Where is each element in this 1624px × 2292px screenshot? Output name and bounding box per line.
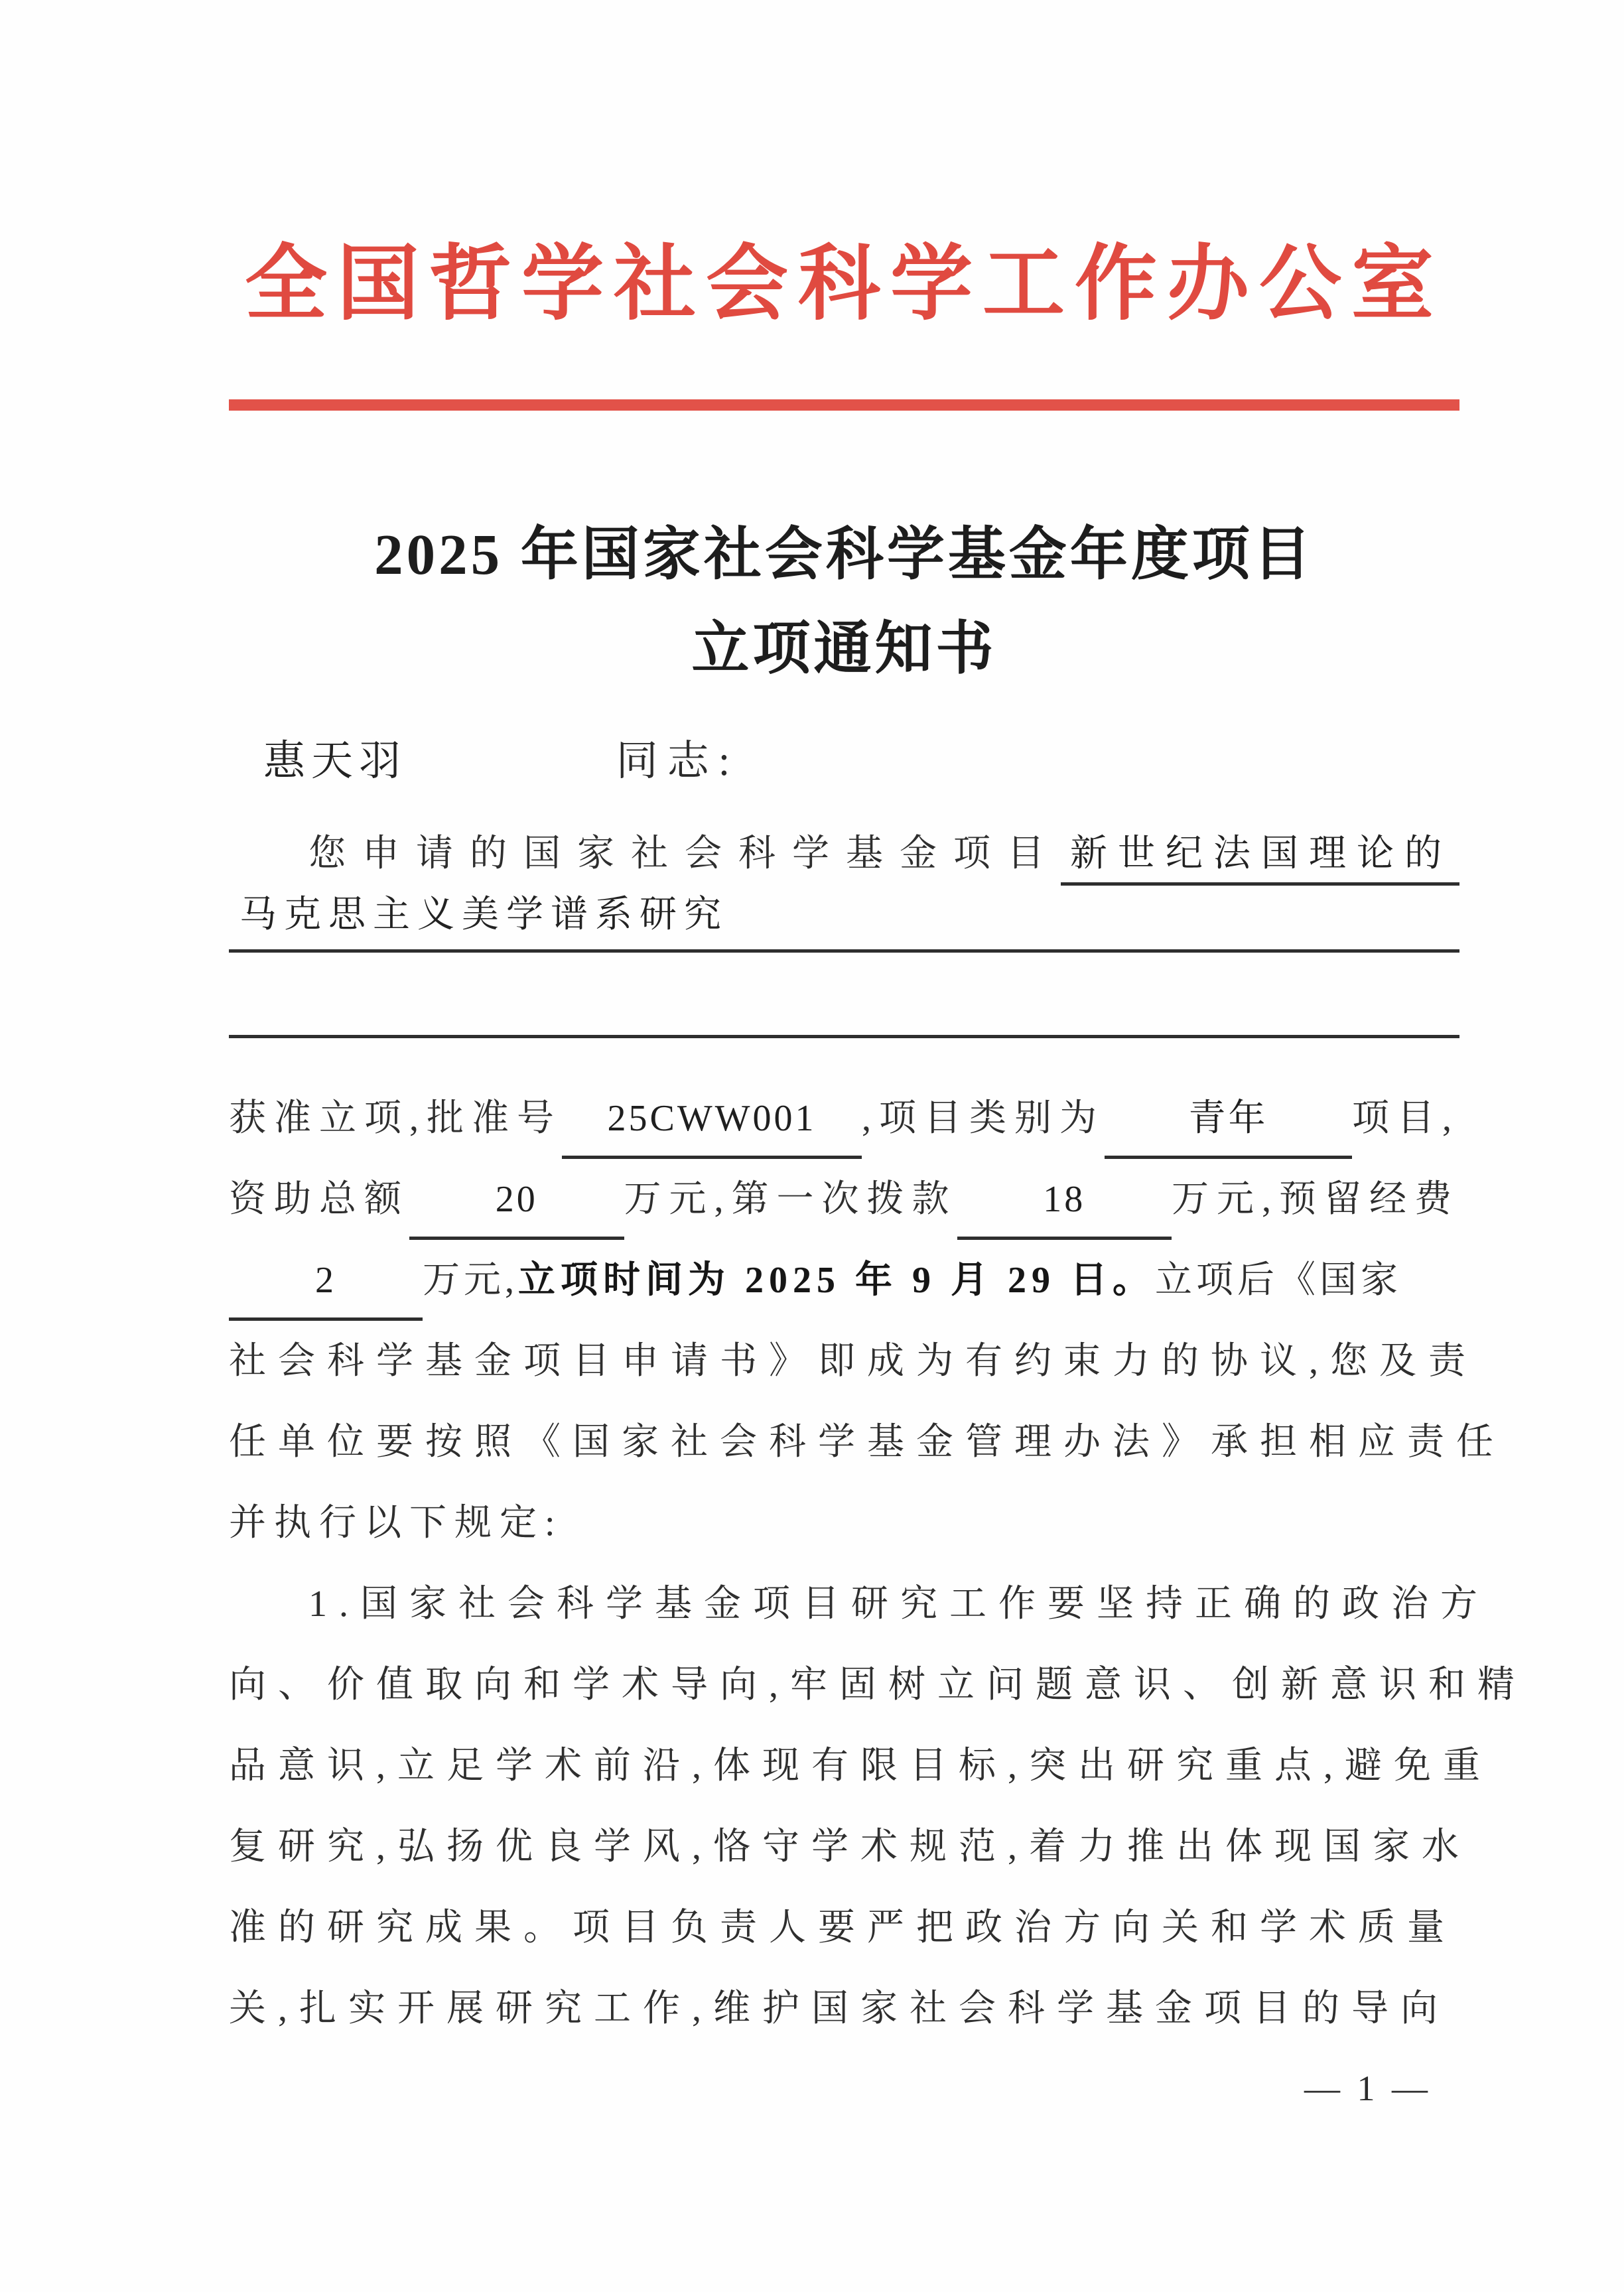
total-amount-fill: 20 (409, 1159, 624, 1240)
approval-date-bold: 立项时间为 2025 年 9 月 29 日。 (518, 1240, 1155, 1321)
approval-line-2: 资助总额 20 万元,第一次拨款 18 万元,预留经费 (229, 1159, 1459, 1240)
provision-line: 1.国家社会科学基金项目研究工作要坚持正确的政治方 (229, 1564, 1459, 1645)
approval-line-3: 2 万元, 立项时间为 2025 年 9 月 29 日。 立项后《国家 (229, 1240, 1459, 1321)
blank-fill-line (229, 953, 1459, 1038)
provision-line: 准的研究成果。项目负责人要严把政治方向关和学术质量 (229, 1887, 1459, 1968)
intro-line: 您申请的国家社会科学基金项目 新世纪法国理论的 (229, 822, 1459, 886)
provision-line: 品意识,立足学术前沿,体现有限目标,突出研究重点,避免重 (229, 1725, 1459, 1806)
category-suffix: 项目, (1352, 1078, 1459, 1159)
provisions-intro-line: 并执行以下规定: (229, 1483, 1459, 1564)
doc-title: 2025 年国家社会科学基金年度项目 立项通知书 (229, 507, 1459, 696)
provision-line: 复研究,弘扬优良学风,恪守学术规范,着力推出体现国家水 (229, 1806, 1459, 1887)
approved-label: 获准立项,批准号 (229, 1078, 562, 1159)
recipient-suffix: 同志: (616, 737, 740, 785)
agreement-line: 社会科学基金项目申请书》即成为有约束力的协议,您及责 (229, 1321, 1459, 1402)
project-title-line2: 马克思主义美学谱系研究 (229, 886, 1459, 953)
salutation-line: 惠天羽 同志: (229, 737, 1459, 785)
recipient-name: 惠天羽 (263, 737, 407, 785)
notice-document-page: 全国哲学社会科学工作办公室 2025 年国家社会科学基金年度项目 立项通知书 惠… (0, 0, 1624, 2292)
reserved-label: 万元,预留经费 (1172, 1159, 1459, 1240)
provision-line: 关,扎实开展研究工作,维护国家社会科学基金项目的导向 (229, 1968, 1459, 2049)
org-header-title: 全国哲学社会科学工作办公室 (229, 240, 1459, 329)
provision-line: 向、价值取向和学术导向,牢固树立问题意识、创新意识和精 (229, 1645, 1459, 1725)
intro-lead-text: 您申请的国家社会科学基金项目 (229, 822, 1061, 886)
responsibility-line: 任单位要按照《国家社会科学基金管理办法》承担相应责任 (229, 1402, 1459, 1483)
wanyuan-label: 万元, (423, 1240, 518, 1321)
grant-number-fill: 25CWW001 (562, 1078, 862, 1159)
category-label: ,项目类别为 (862, 1078, 1105, 1159)
first-payment-label: 万元,第一次拨款 (624, 1159, 957, 1240)
red-divider-rule (229, 399, 1459, 411)
after-date-text: 立项后《国家 (1155, 1240, 1402, 1321)
doc-title-line2: 立项通知书 (229, 602, 1459, 696)
approval-line-1: 获准立项,批准号 25CWW001 ,项目类别为 青年 项目, (229, 1078, 1459, 1159)
doc-title-line1: 2025 年国家社会科学基金年度项目 (229, 507, 1459, 602)
project-title-fill-1: 新世纪法国理论的 (1061, 822, 1459, 886)
first-payment-fill: 18 (957, 1159, 1172, 1240)
category-fill: 青年 (1105, 1078, 1352, 1159)
project-title-fill-2: 马克思主义美学谱系研究 (229, 894, 728, 935)
funding-label: 资助总额 (229, 1159, 409, 1240)
document-content: 全国哲学社会科学工作办公室 2025 年国家社会科学基金年度项目 立项通知书 惠… (229, 0, 1459, 2109)
page-number: — 1 — (229, 2068, 1459, 2109)
reserved-amount-fill: 2 (229, 1240, 423, 1321)
